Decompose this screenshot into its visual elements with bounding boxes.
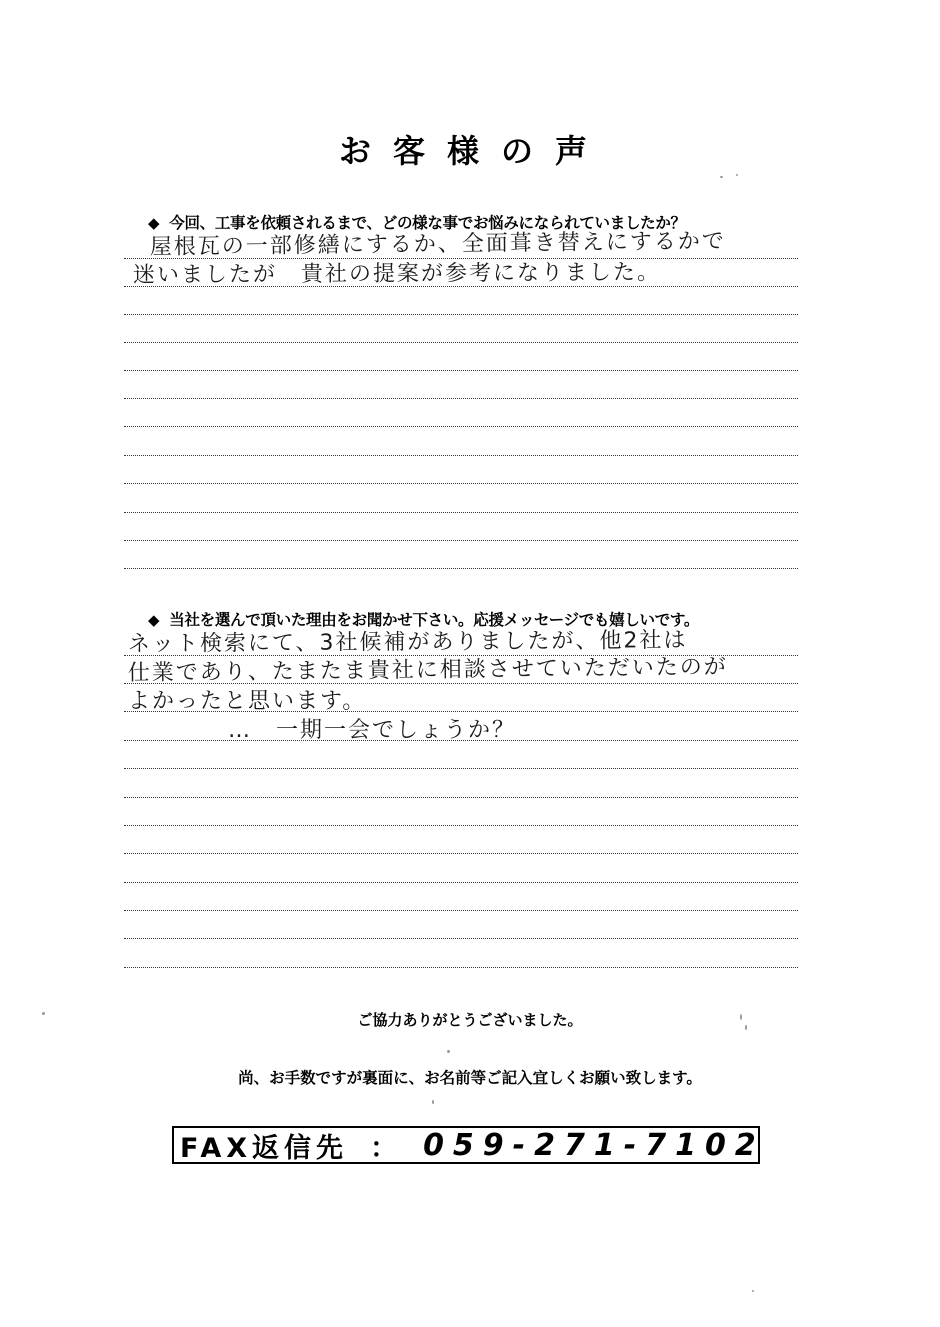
scan-speck: [752, 1290, 754, 1292]
scan-speck: [432, 1100, 434, 1104]
fax-number: 059-271-7102: [423, 1128, 765, 1163]
ruled-line: [124, 768, 798, 769]
scan-speck: [447, 1050, 450, 1053]
scan-speck: [740, 1014, 742, 1020]
ruled-line: [124, 540, 798, 541]
ruled-line: [124, 398, 798, 399]
page-title: お客様の声: [0, 126, 940, 172]
ruled-line: [124, 370, 798, 371]
thanks-message: ご協力ありがとうございました。: [0, 1009, 940, 1030]
ruled-line: [124, 910, 798, 911]
ruled-line: [124, 483, 798, 484]
scan-speck: [720, 176, 723, 178]
ruled-line: [124, 967, 798, 968]
ruled-line: [124, 711, 798, 712]
ruled-line: [124, 825, 798, 826]
ruled-line: [124, 426, 798, 427]
ruled-line: [124, 655, 798, 656]
scan-speck: [736, 174, 738, 176]
ruled-line: [124, 853, 798, 854]
ruled-line: [124, 258, 798, 259]
ruled-line: [124, 882, 798, 883]
fax-return-box: FAX返信先 ： 059-271-7102: [172, 1126, 760, 1164]
ruled-line: [124, 342, 798, 343]
fax-separator: ：: [370, 1126, 397, 1165]
scan-speck: [745, 1025, 747, 1030]
ruled-line: [124, 286, 798, 287]
ruled-line: [124, 797, 798, 798]
scan-speck: [42, 1012, 45, 1015]
ruled-line: [124, 512, 798, 513]
ruled-line: [124, 455, 798, 456]
ruled-line: [124, 938, 798, 939]
answer-1-line-2: 迷いましたが 貴社の提案が参考になりました。: [133, 255, 661, 289]
ruled-line: [124, 683, 798, 684]
ruled-line: [124, 568, 798, 569]
ruled-line: [124, 314, 798, 315]
ruled-line: [124, 740, 798, 741]
name-request-message: 尚、お手数ですが裏面に、お名前等ご記入宜しくお願い致します。: [0, 1066, 940, 1088]
fax-label: FAX返信先: [180, 1126, 348, 1165]
